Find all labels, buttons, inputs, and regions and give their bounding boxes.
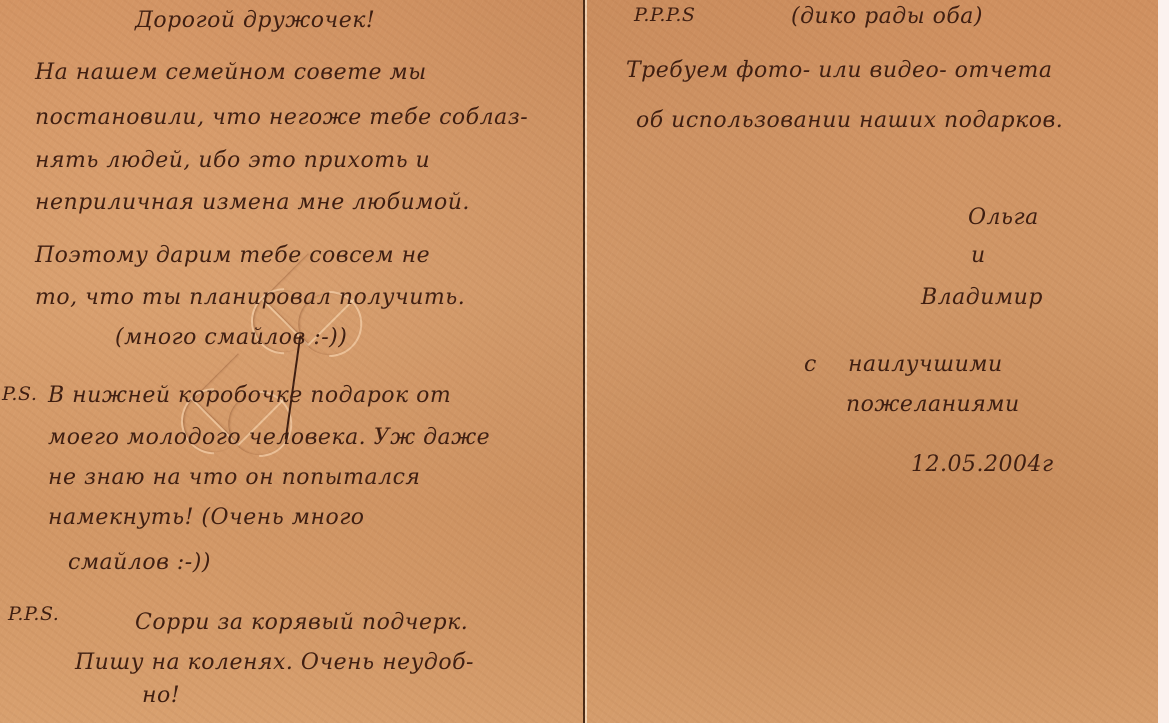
pps-label: P.P.S. (8, 603, 59, 625)
ppps-line: Требуем фото- или видео- отчета (626, 58, 1052, 83)
ps-line: смайлов :-)) (68, 550, 211, 575)
signature-name-1: Ольга (968, 205, 1039, 230)
pps-line: Сорри за корявый подчерк. (135, 610, 468, 635)
pps-line: но! (142, 683, 180, 708)
ppps-line: об использовании наших подарков. (636, 108, 1063, 133)
ppps-note: (дико рады оба) (791, 4, 983, 29)
letter-line: нять людей, ибо это прихоть и (35, 148, 430, 173)
letter-line: На нашем семейном совете мы (35, 60, 427, 85)
signature-conjunction: и (971, 243, 986, 268)
left-page: Дорогой дружочек! На нашем семейном сове… (0, 0, 583, 723)
letter-line: (много смайлов :-)) (115, 325, 347, 350)
kraft-paper-sheet: Дорогой дружочек! На нашем семейном сове… (0, 0, 1158, 723)
ps-label: P.S. (2, 383, 37, 405)
letter-greeting: Дорогой дружочек! (135, 8, 375, 33)
center-fold (583, 0, 585, 723)
pps-line: Пишу на коленях. Очень неудоб- (75, 650, 474, 675)
ps-line: не знаю на что он попытался (48, 465, 420, 490)
letter-line: неприличная измена мне любимой. (35, 190, 470, 215)
letter-line: Поэтому дарим тебе совсем не (35, 243, 430, 268)
wishes-line: наилучшими (848, 352, 1003, 377)
letter-line: то, что ты планировал получить. (35, 285, 465, 310)
ps-line: В нижней коробочке подарок от (48, 383, 451, 408)
letter-line: постановили, что негоже тебе соблаз- (35, 105, 528, 130)
right-page: P.P.P.S (дико рады оба) Требуем фото- ил… (586, 0, 1158, 723)
wishes-prefix: с (804, 352, 817, 377)
ps-line: намекнуть! (Очень много (48, 505, 365, 530)
wishes-line: пожеланиями (846, 392, 1020, 417)
signature-name-2: Владимир (921, 285, 1043, 310)
ps-line: моего молодого человека. Уж даже (48, 425, 490, 450)
letter-date: 12.05.2004г (911, 452, 1054, 477)
ppps-label: P.P.P.S (634, 4, 695, 26)
